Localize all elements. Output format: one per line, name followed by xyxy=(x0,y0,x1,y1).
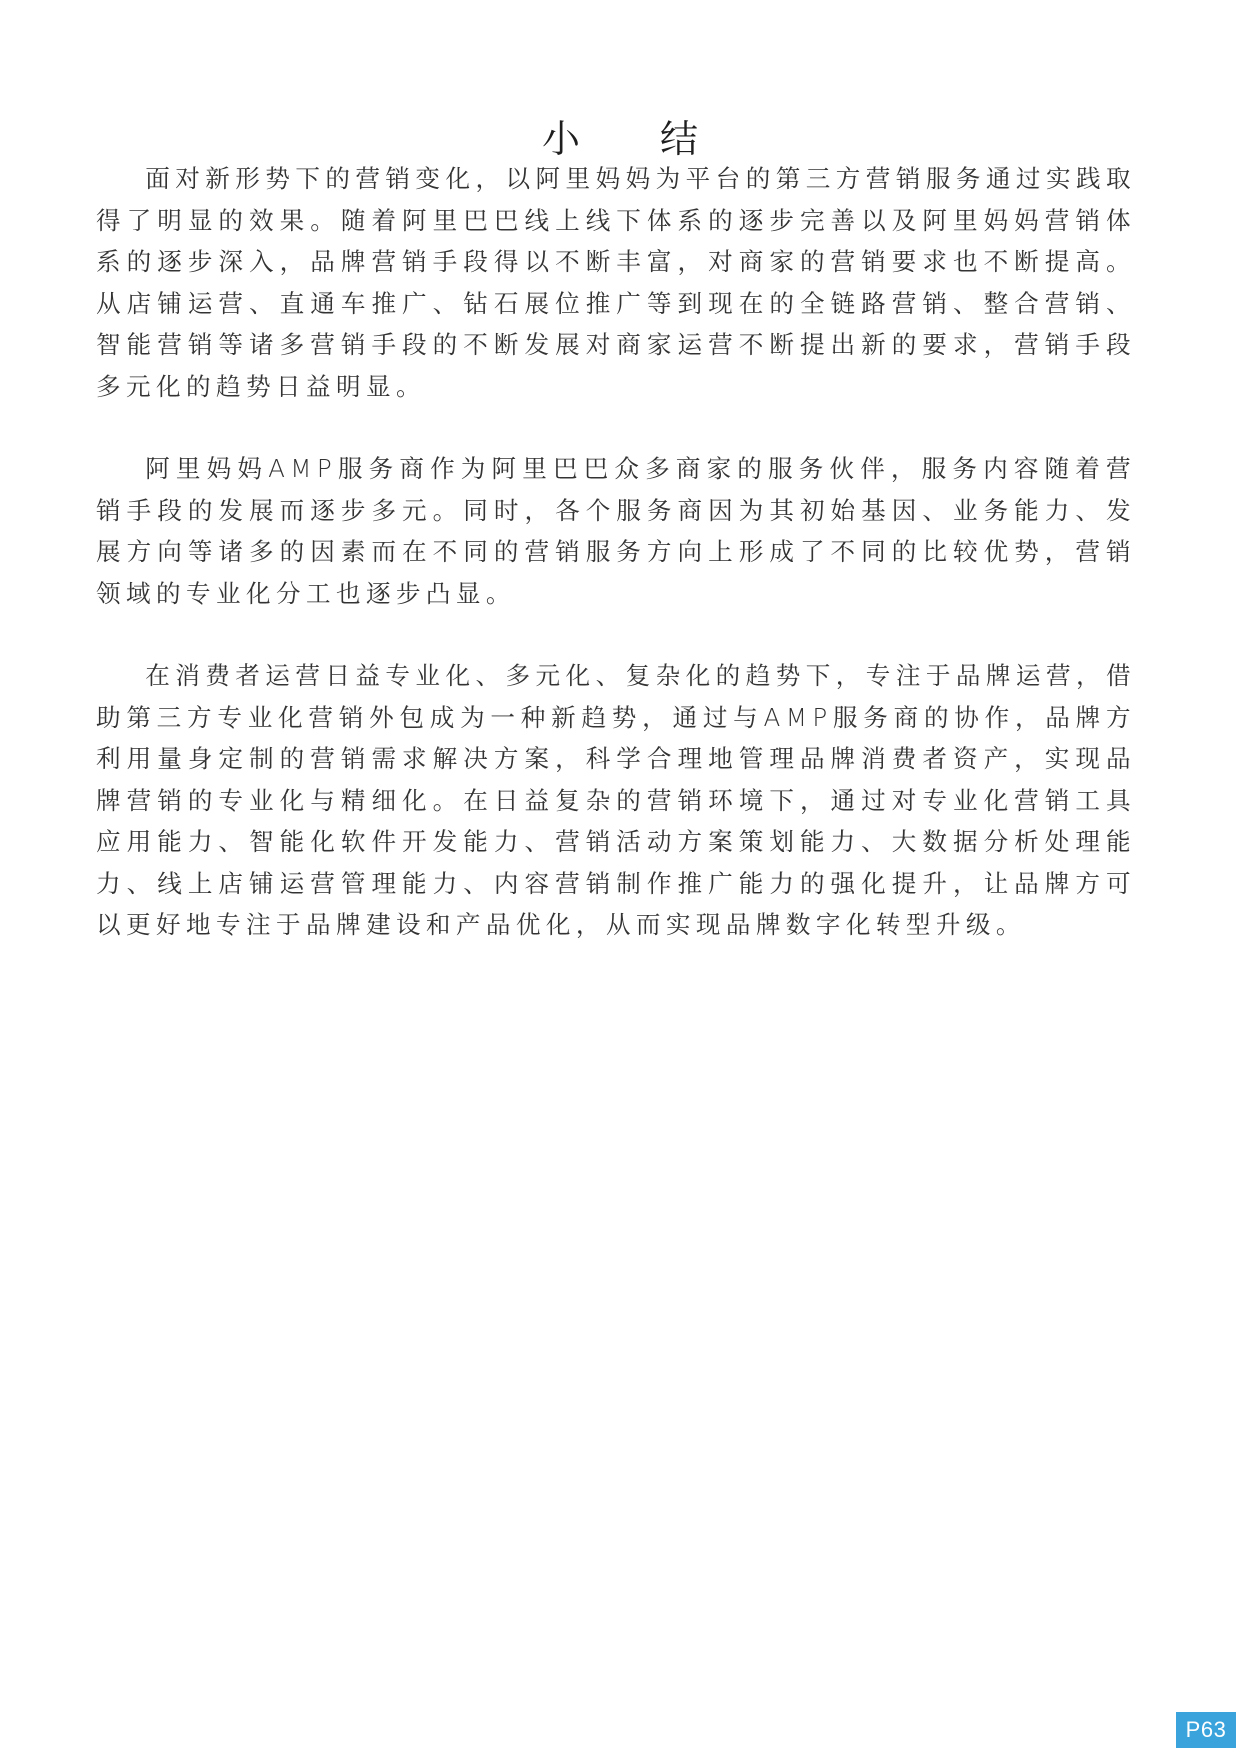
page-number-badge: P63 xyxy=(1176,1712,1236,1748)
paragraph-1: 面对新形势下的营销变化，以阿里妈妈为平台的第三方营销服务通过实践取得了明显的效果… xyxy=(96,158,1136,407)
summary-body: 面对新形势下的营销变化，以阿里妈妈为平台的第三方营销服务通过实践取得了明显的效果… xyxy=(96,158,1136,987)
paragraph-2: 阿里妈妈AMP服务商作为阿里巴巴众多商家的服务伙伴，服务内容随着营销手段的发展而… xyxy=(96,448,1136,614)
paragraph-3: 在消费者运营日益专业化、多元化、复杂化的趋势下，专注于品牌运营，借助第三方专业化… xyxy=(96,655,1136,946)
